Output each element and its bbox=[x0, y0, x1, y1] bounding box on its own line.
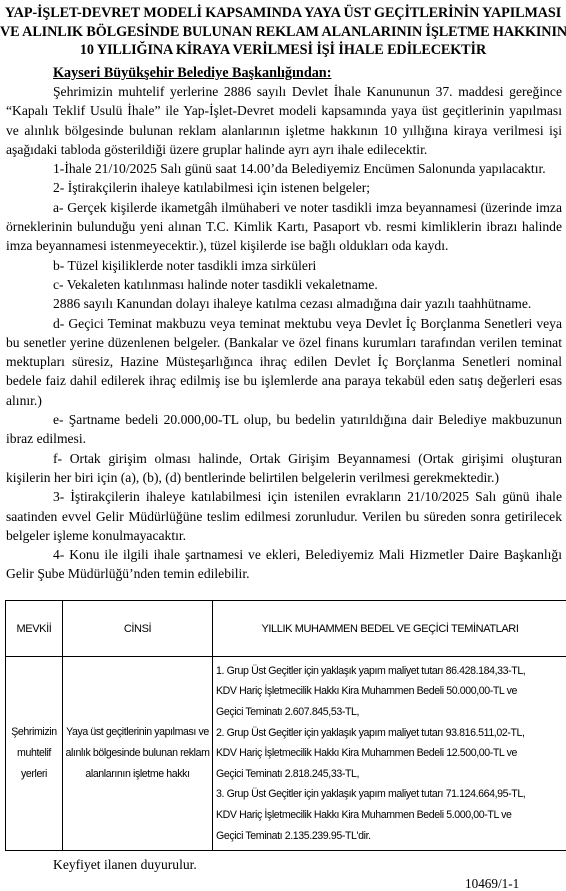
tender-table: MEVKİİ CİNSİ YILLIK MUHAMMEN BEDEL VE GE… bbox=[5, 600, 566, 851]
title-line: VE ALINLIK BÖLGESİNDE BULUNAN REKLAM ALA… bbox=[0, 23, 566, 42]
cell-fees: 1. Grup Üst Geçitler için yaklaşık yapım… bbox=[213, 657, 566, 851]
paragraph-2f: f- Ortak girişim olması halinde, Ortak G… bbox=[6, 449, 562, 488]
closing-statement: Keyfiyet ilanen duyurulur. bbox=[53, 857, 197, 873]
paragraph-1: 1-İhale 21/10/2025 Salı günü saat 14.00’… bbox=[6, 159, 562, 178]
group-3-line: Geçici Teminatı 2.135.239.95-TL'dir. bbox=[216, 826, 566, 847]
type-line: alınlık bölgesinde bulunan reklam bbox=[63, 743, 212, 764]
type-line: alanlarının işletme hakkı bbox=[63, 764, 212, 785]
paragraph-2: 2- İştirakçilerin ihaleye katılabilmesi … bbox=[6, 178, 562, 197]
title-line: YAP-İŞLET-DEVRET MODELİ KAPSAMINDA YAYA … bbox=[0, 4, 566, 23]
paragraph-2c: c- Vekaleten katılınması halinde noter t… bbox=[6, 275, 562, 294]
cell-type: Yaya üst geçitlerinin yapılması ve alınl… bbox=[63, 657, 213, 851]
header-fees: YILLIK MUHAMMEN BEDEL VE GEÇİCİ TEMİNATL… bbox=[213, 601, 566, 657]
paragraph-4: 4- Konu ile ilgili ihale şartnamesi ve e… bbox=[6, 545, 562, 584]
location-line: Şehrimizin bbox=[6, 722, 62, 743]
paragraph-2b: b- Tüzel kişiliklerde noter tasdikli imz… bbox=[6, 256, 562, 275]
table-header-row: MEVKİİ CİNSİ YILLIK MUHAMMEN BEDEL VE GE… bbox=[6, 601, 566, 657]
notice-body: Şehrimizin muhtelif yerlerine 2886 sayıl… bbox=[6, 82, 562, 584]
title-line: 10 YILLIĞINA KİRAYA VERİLMESİ İŞİ İHALE … bbox=[0, 41, 566, 60]
paragraph-2e: e- Şartname bedeli 20.000,00-TL olup, bu… bbox=[6, 410, 562, 449]
group-1-line: 1. Grup Üst Geçitler için yaklaşık yapım… bbox=[216, 661, 566, 682]
cell-location: Şehrimizin muhtelif yerleri bbox=[6, 657, 63, 851]
group-3-line: 3. Grup Üst Geçitler için yaklaşık yapım… bbox=[216, 784, 566, 805]
group-2-line: Geçici Teminatı 2.818.245,33-TL, bbox=[216, 764, 566, 785]
issuer-heading: Kayseri Büyükşehir Belediye Başkanlığınd… bbox=[53, 64, 331, 82]
table-row: Şehrimizin muhtelif yerleri Yaya üst geç… bbox=[6, 657, 566, 851]
paragraph-2d: d- Geçici Teminat makbuzu veya teminat m… bbox=[6, 314, 562, 410]
group-2-line: 2. Grup Üst Geçitler için yaklaşık yapım… bbox=[216, 723, 566, 744]
group-1-line: Geçici Teminatı 2.607.845,53-TL, bbox=[216, 702, 566, 723]
location-line: yerleri bbox=[6, 764, 62, 785]
group-3-line: KDV Hariç İşletmecilik Hakkı Kira Muhamm… bbox=[216, 805, 566, 826]
group-2-line: KDV Hariç İşletmecilik Hakkı Kira Muhamm… bbox=[216, 743, 566, 764]
notice-page: YAP-İŞLET-DEVRET MODELİ KAPSAMINDA YAYA … bbox=[0, 0, 566, 891]
header-type: CİNSİ bbox=[63, 601, 213, 657]
location-line: muhtelif bbox=[6, 743, 62, 764]
group-1-line: KDV Hariç İşletmecilik Hakkı Kira Muhamm… bbox=[216, 681, 566, 702]
header-location: MEVKİİ bbox=[6, 601, 63, 657]
paragraph-2a: a- Gerçek kişilerde ikametgâh ilmühaberi… bbox=[6, 198, 562, 256]
paragraph-2886: 2886 sayılı Kanundan dolayı ihaleye katı… bbox=[6, 294, 562, 313]
notice-title: YAP-İŞLET-DEVRET MODELİ KAPSAMINDA YAYA … bbox=[0, 4, 566, 60]
type-line: Yaya üst geçitlerinin yapılması ve bbox=[63, 722, 212, 743]
paragraph-3: 3- İştirakçilerin ihaleye katılabilmesi … bbox=[6, 487, 562, 545]
paragraph-intro: Şehrimizin muhtelif yerlerine 2886 sayıl… bbox=[6, 82, 562, 159]
reference-number: 10469/1-1 bbox=[465, 876, 519, 891]
